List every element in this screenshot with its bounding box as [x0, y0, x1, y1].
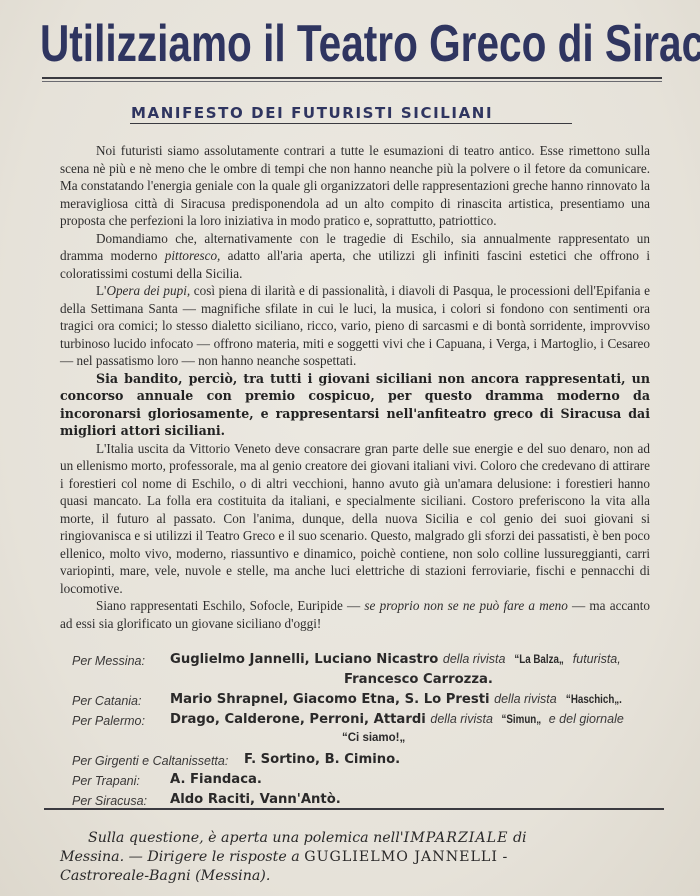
names-text: Mario Shrapnel, Giacomo Etna, S. Lo Pres…: [170, 692, 490, 707]
footer-text: Messina. — Dirigere le risposte a: [60, 849, 304, 865]
paragraph-1: Noi futuristi siamo assolutamente contra…: [60, 142, 650, 230]
paragraph-5: L'Italia uscita da Vittorio Veneto deve …: [60, 440, 650, 598]
paragraph-4-proclamation: Sia bandito, perciò, tra tutti i giovani…: [60, 370, 650, 440]
signatory-row-messina: Per Messina: Guglielmo Jannelli, Luciano…: [72, 652, 672, 692]
newspaper-name: IMPARZIALE: [404, 830, 509, 846]
manifesto-page: Utilizziamo il Teatro Greco di Siracusa …: [0, 0, 700, 896]
paragraph-2-italic: pittoresco,: [165, 248, 221, 263]
signatory-names: Guglielmo Jannelli, Luciano Nicastro del…: [170, 652, 621, 667]
signatory-row-palermo: Per Palermo: Drago, Calderone, Perroni, …: [72, 712, 672, 752]
footer-note: Sulla questione, è aperta una polemica n…: [60, 829, 660, 886]
footer-line-2: Messina. — Dirigere le risposte a GUGLIE…: [60, 848, 660, 867]
publication-name: “La Balza„: [514, 654, 563, 666]
manifesto-body: Noi futuristi siamo assolutamente contra…: [60, 142, 650, 632]
signatory-names: Drago, Calderone, Perroni, Attardi della…: [170, 712, 624, 727]
contact-name: GUGLIELMO JANNELLI: [304, 849, 498, 865]
names-text: Guglielmo Jannelli, Luciano Nicastro: [170, 652, 438, 667]
subtitle-underline: [130, 123, 572, 124]
publication-name: “Haschich„.: [566, 694, 622, 706]
note-text-2: futurista,: [573, 652, 621, 666]
note-text-2: e del giornale: [549, 712, 624, 726]
page-title: Utilizziamo il Teatro Greco di Siracusa: [40, 14, 528, 74]
paragraph-6-text-a: Siano rappresentati Eschilo, Sofocle, Eu…: [96, 598, 364, 613]
paragraph-3: L'Opera dei pupi, così piena di ilarità …: [60, 282, 650, 370]
signatory-names: Aldo Raciti, Vann'Antò.: [170, 792, 341, 807]
signatory-city-label: Per Trapani:: [72, 774, 140, 788]
publication-name: “Simun„: [501, 714, 541, 726]
paragraph-2: Domandiamo che, alternativamente con le …: [60, 230, 650, 283]
footer-line-3: Castroreale-Bagni (Messina).: [60, 867, 660, 886]
note-text: della rivista: [443, 652, 506, 666]
signatory-row-trapani: Per Trapani: A. Fiandaca.: [72, 772, 672, 792]
signatory-city-label: Per Girgenti e Caltanissetta:: [72, 754, 228, 768]
signatory-names: Mario Shrapnel, Giacomo Etna, S. Lo Pres…: [170, 692, 627, 707]
signatory-row-girgenti-caltanissetta: Per Girgenti e Caltanissetta: F. Sortino…: [72, 752, 672, 772]
note-text: della rivista: [430, 712, 493, 726]
names-text: Drago, Calderone, Perroni, Attardi: [170, 712, 426, 727]
signatory-names: F. Sortino, B. Cimino.: [244, 752, 400, 767]
signatory-city-label: Per Messina:: [72, 654, 145, 668]
footer-line-1: Sulla questione, è aperta una polemica n…: [60, 829, 660, 848]
footer-text: Sulla questione, è aperta una polemica n…: [88, 830, 404, 846]
title-rule-bottom: [42, 81, 662, 82]
signatory-city-label: Per Catania:: [72, 694, 141, 708]
signatory-continuation: Francesco Carrozza.: [344, 672, 493, 687]
manifesto-subtitle: MANIFESTO DEI FUTURISTI SICILIANI: [131, 104, 493, 122]
footer-text: -: [498, 849, 507, 865]
paragraph-3-text-a: L': [96, 283, 106, 298]
footer-text: di: [508, 830, 526, 846]
paragraph-6: Siano rappresentati Eschilo, Sofocle, Eu…: [60, 597, 650, 632]
note-text: della rivista: [494, 692, 557, 706]
paragraph-3-italic: Opera dei pupi,: [106, 283, 190, 298]
signatory-row-catania: Per Catania: Mario Shrapnel, Giacomo Etn…: [72, 692, 672, 712]
signatory-continuation: “Ci siamo!„: [342, 732, 405, 744]
signatory-city-label: Per Palermo:: [72, 714, 145, 728]
signatory-names: A. Fiandaca.: [170, 772, 262, 787]
signatories-list: Per Messina: Guglielmo Jannelli, Luciano…: [72, 652, 672, 812]
signatory-city-label: Per Siracusa:: [72, 794, 147, 808]
title-rule-top: [42, 77, 662, 79]
footer-divider: [44, 808, 664, 810]
paragraph-6-italic: se proprio non se ne può fare a meno: [364, 598, 567, 613]
